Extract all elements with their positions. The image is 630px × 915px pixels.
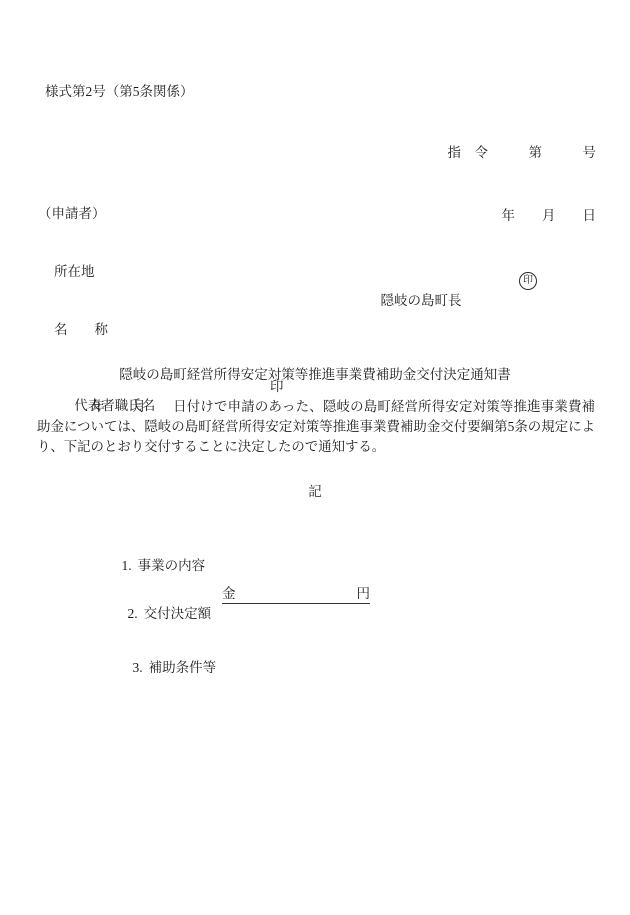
list-item-subsidy-conditions: 3.補助条件等 <box>119 638 216 697</box>
issuer-title: 隠岐の島町長 <box>381 293 462 308</box>
notice-document-page: 様式第2号（第5条関係） 指 令 第 号 年 月 日 （申請者） 所在地 名 称… <box>0 0 630 915</box>
item-2-label: 交付決定額 <box>144 606 212 621</box>
issuer-circled-seal-mark: 印 <box>519 272 537 290</box>
amount-prefix-yen-kanji: 金 <box>222 584 236 604</box>
applicant-name-label: 名 称 <box>38 320 155 339</box>
amount-suffix-en: 円 <box>357 584 371 604</box>
list-item-grant-amount: 2.交付決定額 <box>114 584 211 643</box>
issuer-line: 隠岐の島町長 印 <box>367 271 567 349</box>
document-title: 隠岐の島町経営所得安定対策等推進事業費補助金交付決定通知書 <box>0 365 630 385</box>
item-1-label: 事業の内容 <box>138 558 206 573</box>
grant-amount-blank-line: 金 円 <box>222 584 370 604</box>
directive-number-line: 指 令 第 号 <box>448 142 597 163</box>
directive-block: 指 令 第 号 年 月 日 <box>448 100 597 268</box>
record-marker: 記 <box>0 482 630 502</box>
body-paragraph: 年 月 日付けで申請のあった、隠岐の島町経営所得安定対策等推進事業費補助金につい… <box>37 397 595 458</box>
applicant-address-label: 所在地 <box>38 262 155 281</box>
item-1-number: 1. <box>122 558 132 573</box>
applicant-heading: （申請者） <box>38 204 155 223</box>
item-2-number: 2. <box>128 606 138 621</box>
form-number: 様式第2号（第5条関係） <box>45 82 194 102</box>
item-3-label: 補助条件等 <box>149 660 217 675</box>
directive-date-line: 年 月 日 <box>448 205 597 226</box>
item-3-number: 3. <box>133 660 143 675</box>
